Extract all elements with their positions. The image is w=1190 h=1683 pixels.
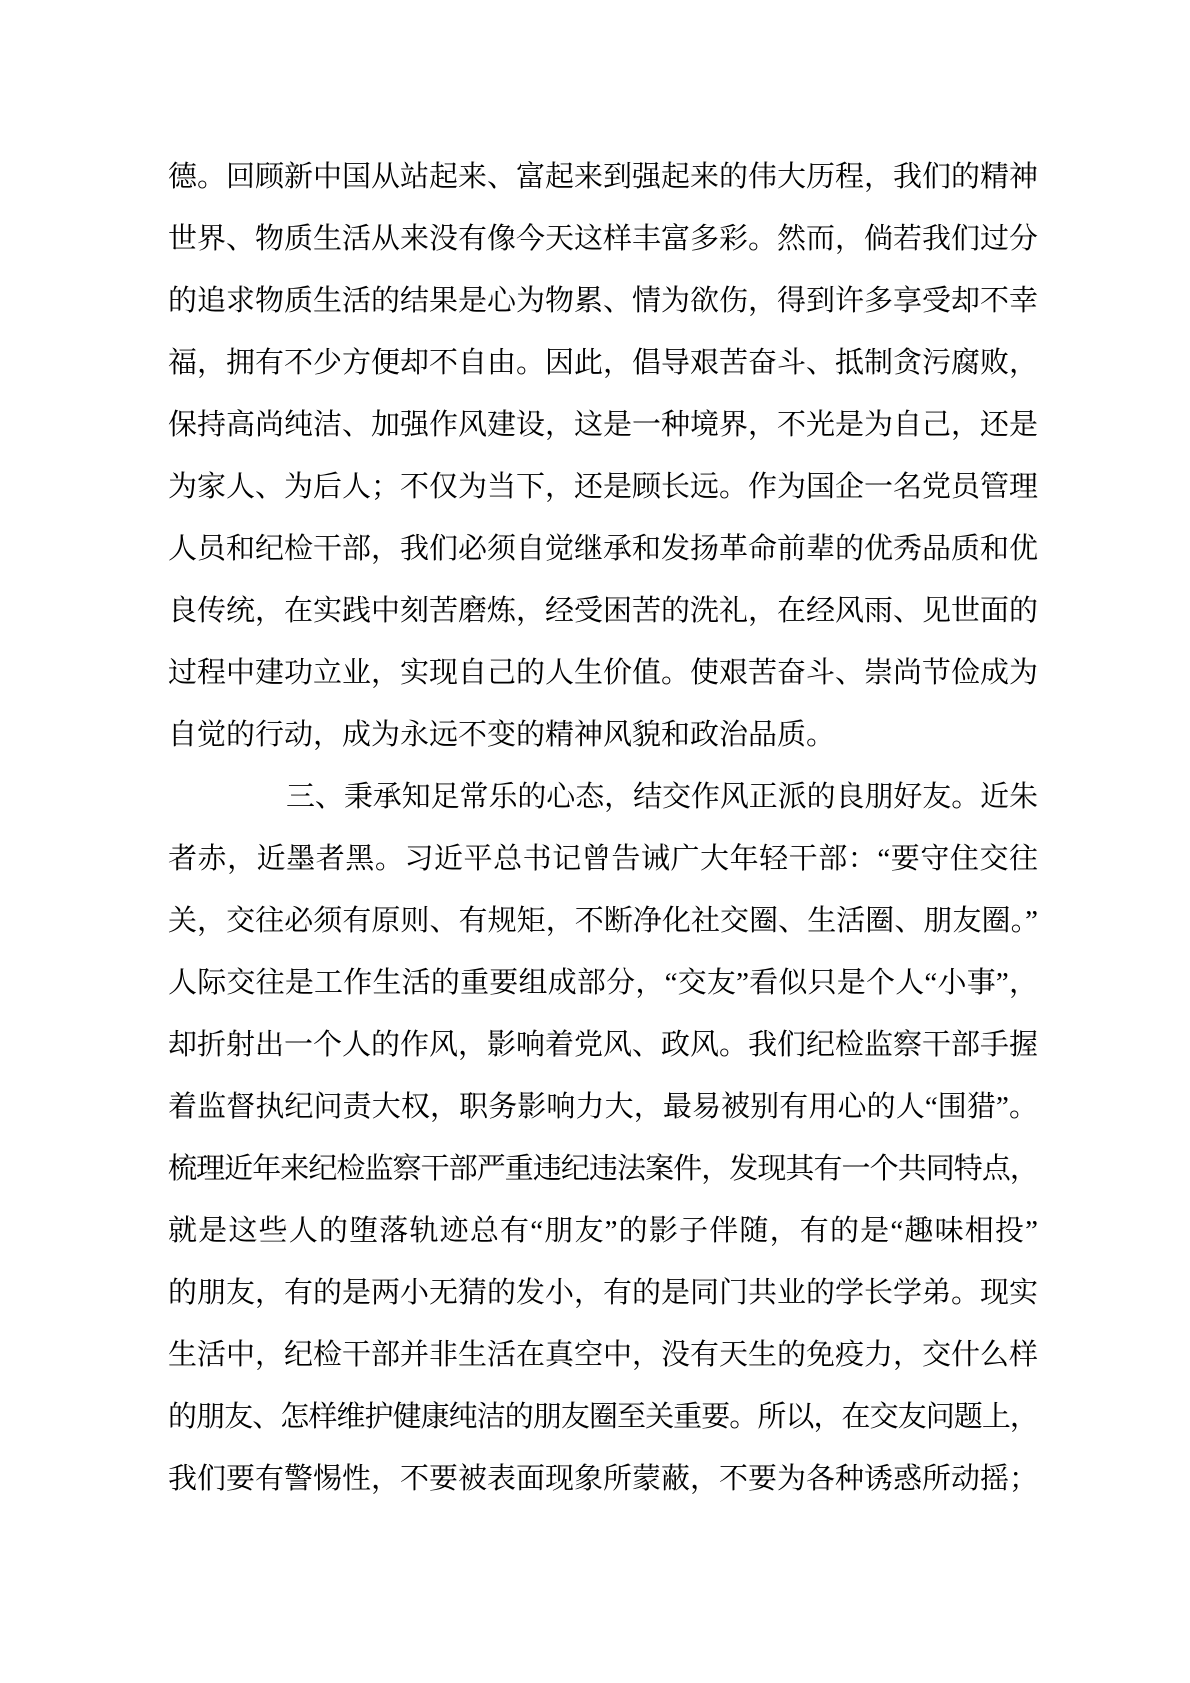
text-line: 我们要有警惕性，不要被表面现象所蒙蔽，不要为各种诱惑所动摇； [168, 1448, 1038, 1510]
text-line: 人员和纪检干部，我们必须自觉继承和发扬革命前辈的优秀品质和优 [168, 518, 1038, 580]
text-line: 着监督执纪问责大权，职务影响力大，最易被别有用心的人“围猎”。 [168, 1076, 1038, 1138]
document-page: 德。回顾新中国从站起来、富起来到强起来的伟大历程，我们的精神世界、物质生活从来没… [0, 0, 1190, 1683]
text-line: 的追求物质生活的结果是心为物累、情为欲伤，得到许多享受却不幸 [168, 270, 1038, 332]
text-line: 良传统，在实践中刻苦磨炼，经受困苦的洗礼，在经风雨、见世面的 [168, 580, 1038, 642]
text-line: 的朋友、怎样维护健康纯洁的朋友圈至关重要。所以，在交友问题上， [168, 1386, 1038, 1448]
text-line: 的朋友，有的是两小无猜的发小，有的是同门共业的学长学弟。现实 [168, 1262, 1038, 1324]
text-line: 福，拥有不少方便却不自由。因此，倡导艰苦奋斗、抵制贪污腐败， [168, 332, 1038, 394]
text-line: 德。回顾新中国从站起来、富起来到强起来的伟大历程，我们的精神 [168, 146, 1038, 208]
text-line: 者赤，近墨者黑。习近平总书记曾告诫广大年轻干部：“要守住交往 [168, 828, 1038, 890]
text-line: 三、秉承知足常乐的心态，结交作风正派的良朋好友。近朱 [168, 766, 1038, 828]
text-line: 人际交往是工作生活的重要组成部分，“交友”看似只是个人“小事”， [168, 952, 1038, 1014]
text-line: 却折射出一个人的作风，影响着党风、政风。我们纪检监察干部手握 [168, 1014, 1038, 1076]
text-line: 过程中建功立业，实现自己的人生价值。使艰苦奋斗、崇尚节俭成为 [168, 642, 1038, 704]
text-block: 德。回顾新中国从站起来、富起来到强起来的伟大历程，我们的精神世界、物质生活从来没… [168, 146, 1038, 1510]
text-line: 为家人、为后人；不仅为当下，还是顾长远。作为国企一名党员管理 [168, 456, 1038, 518]
text-line: 世界、物质生活从来没有像今天这样丰富多彩。然而，倘若我们过分 [168, 208, 1038, 270]
text-line: 关，交往必须有原则、有规矩，不断净化社交圈、生活圈、朋友圈。” [168, 890, 1038, 952]
text-line: 自觉的行动，成为永远不变的精神风貌和政治品质。 [168, 704, 1038, 766]
text-line: 梳理近年来纪检监察干部严重违纪违法案件，发现其有一个共同特点， [168, 1138, 1038, 1200]
text-line: 生活中，纪检干部并非生活在真空中，没有天生的免疫力，交什么样 [168, 1324, 1038, 1386]
text-line: 就是这些人的堕落轨迹总有“朋友”的影子伴随，有的是“趣味相投” [168, 1200, 1038, 1262]
text-line: 保持高尚纯洁、加强作风建设，这是一种境界，不光是为自己，还是 [168, 394, 1038, 456]
